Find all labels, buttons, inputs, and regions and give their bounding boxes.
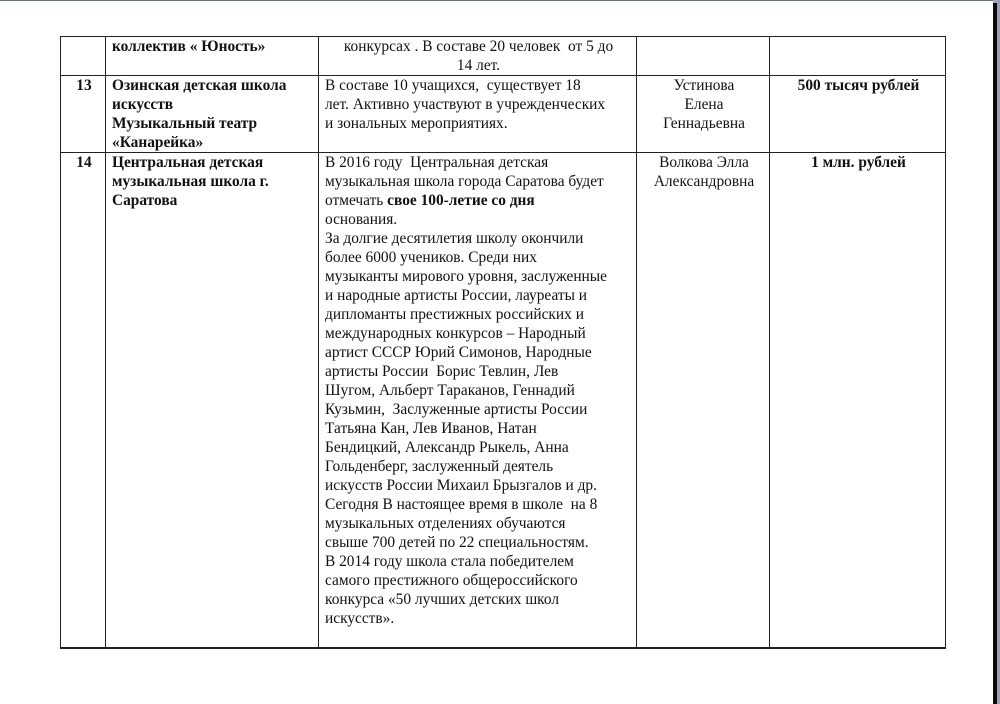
description-line: музыканты мирового уровня, заслуженные [325, 267, 632, 286]
school-name: Центральная детская музыкальная школа г.… [106, 153, 319, 649]
description-line: дипломанты престижных российских и [325, 305, 632, 324]
contact-person [637, 37, 770, 76]
table-row: 14 Центральная детская музыкальная школа… [61, 153, 946, 649]
description-line: Кузьмин, Заслуженные артисты России [325, 400, 632, 419]
description-line: международных конкурсов – Народный [325, 324, 632, 343]
schools-table: коллектив « Юность» конкурсах . В состав… [60, 36, 946, 649]
description-line: лет. Активно участвуют в учрежденческих [325, 95, 632, 114]
school-name-line: Саратова [112, 191, 314, 210]
description-body: За долгие десятилетия школу окончилиболе… [325, 229, 632, 628]
contact-line: Геннадьевна [643, 114, 765, 133]
description-line: более 6000 учеников. Среди них [325, 248, 632, 267]
school-name-line: музыкальная школа г. [112, 172, 314, 191]
description-highlight: свое 100-летие со дня [387, 192, 535, 209]
description-line: основания. [325, 210, 632, 229]
school-name: коллектив « Юность» [106, 37, 319, 76]
description-line: искусств России Михаил Брызгалов и др. [325, 476, 632, 495]
description-text: отмечать [325, 192, 387, 209]
contact-person: Устинова Елена Геннадьевна [637, 76, 770, 153]
table-row: 13 Озинская детская школа искусств Музык… [61, 76, 946, 153]
contact-line: Александровна [643, 172, 765, 191]
contact-line: Елена [643, 95, 765, 114]
description-line: конкурса «50 лучших детских школ [325, 590, 632, 609]
row-number: 14 [61, 153, 106, 649]
school-description: В составе 10 учащихся, существует 18 лет… [319, 76, 637, 153]
description-line: самого престижного общероссийского [325, 571, 632, 590]
school-name-line: Озинская детская школа [112, 76, 314, 95]
description-line: Шугом, Альберт Тараканов, Геннадий [325, 381, 632, 400]
school-name: Озинская детская школа искусств Музыкаль… [106, 76, 319, 153]
description-line: Татьяна Кан, Лев Иванов, Натан [325, 419, 632, 438]
contact-person: Волкова Элла Александровна [637, 153, 770, 649]
school-description: В 2016 году Центральная детская музыкаль… [319, 153, 637, 649]
school-name-line: искусств [112, 95, 314, 114]
description-line: искусств». [325, 609, 632, 628]
funding-amount: 1 млн. рублей [770, 153, 946, 649]
row-number [61, 37, 106, 76]
description-line: музыкальная школа города Саратова будет [325, 172, 632, 191]
school-name-line: «Канарейка» [112, 133, 314, 152]
description-line: В 2016 году Центральная детская [325, 153, 632, 172]
description-line: свыше 700 детей по 22 специальностям. [325, 533, 632, 552]
funding-amount [770, 37, 946, 76]
description-line: За долгие десятилетия школу окончили [325, 229, 632, 248]
school-name-line: коллектив « Юность» [112, 37, 314, 56]
description-line: и зональных мероприятиях. [325, 114, 632, 133]
description-line: 14 лет. [325, 56, 632, 75]
contact-line: Волкова Элла [643, 153, 765, 172]
description-line: Бендицкий, Александр Рыкель, Анна [325, 438, 632, 457]
funding-amount: 500 тысяч рублей [770, 76, 946, 153]
description-line: Гольденберг, заслуженный деятель [325, 457, 632, 476]
description-line: В 2014 году школа стала победителем [325, 552, 632, 571]
school-name-line: Музыкальный театр [112, 114, 314, 133]
description-line: артист СССР Юрий Симонов, Народные [325, 343, 632, 362]
description-line: В составе 10 учащихся, существует 18 [325, 76, 632, 95]
school-description: конкурсах . В составе 20 человек от 5 до… [319, 37, 637, 76]
description-line: отмечать свое 100-летие со дня [325, 191, 632, 210]
description-line: Сегодня В настоящее время в школе на 8 [325, 495, 632, 514]
description-line: и народные артисты России, лауреаты и [325, 286, 632, 305]
table-row: коллектив « Юность» конкурсах . В состав… [61, 37, 946, 76]
description-line: артисты России Борис Тевлин, Лев [325, 362, 632, 381]
school-name-line: Центральная детская [112, 153, 314, 172]
row-number: 13 [61, 76, 106, 153]
description-line: музыкальных отделениях обучаются [325, 514, 632, 533]
contact-line: Устинова [643, 76, 765, 95]
description-line: конкурсах . В составе 20 человек от 5 до [325, 37, 632, 56]
